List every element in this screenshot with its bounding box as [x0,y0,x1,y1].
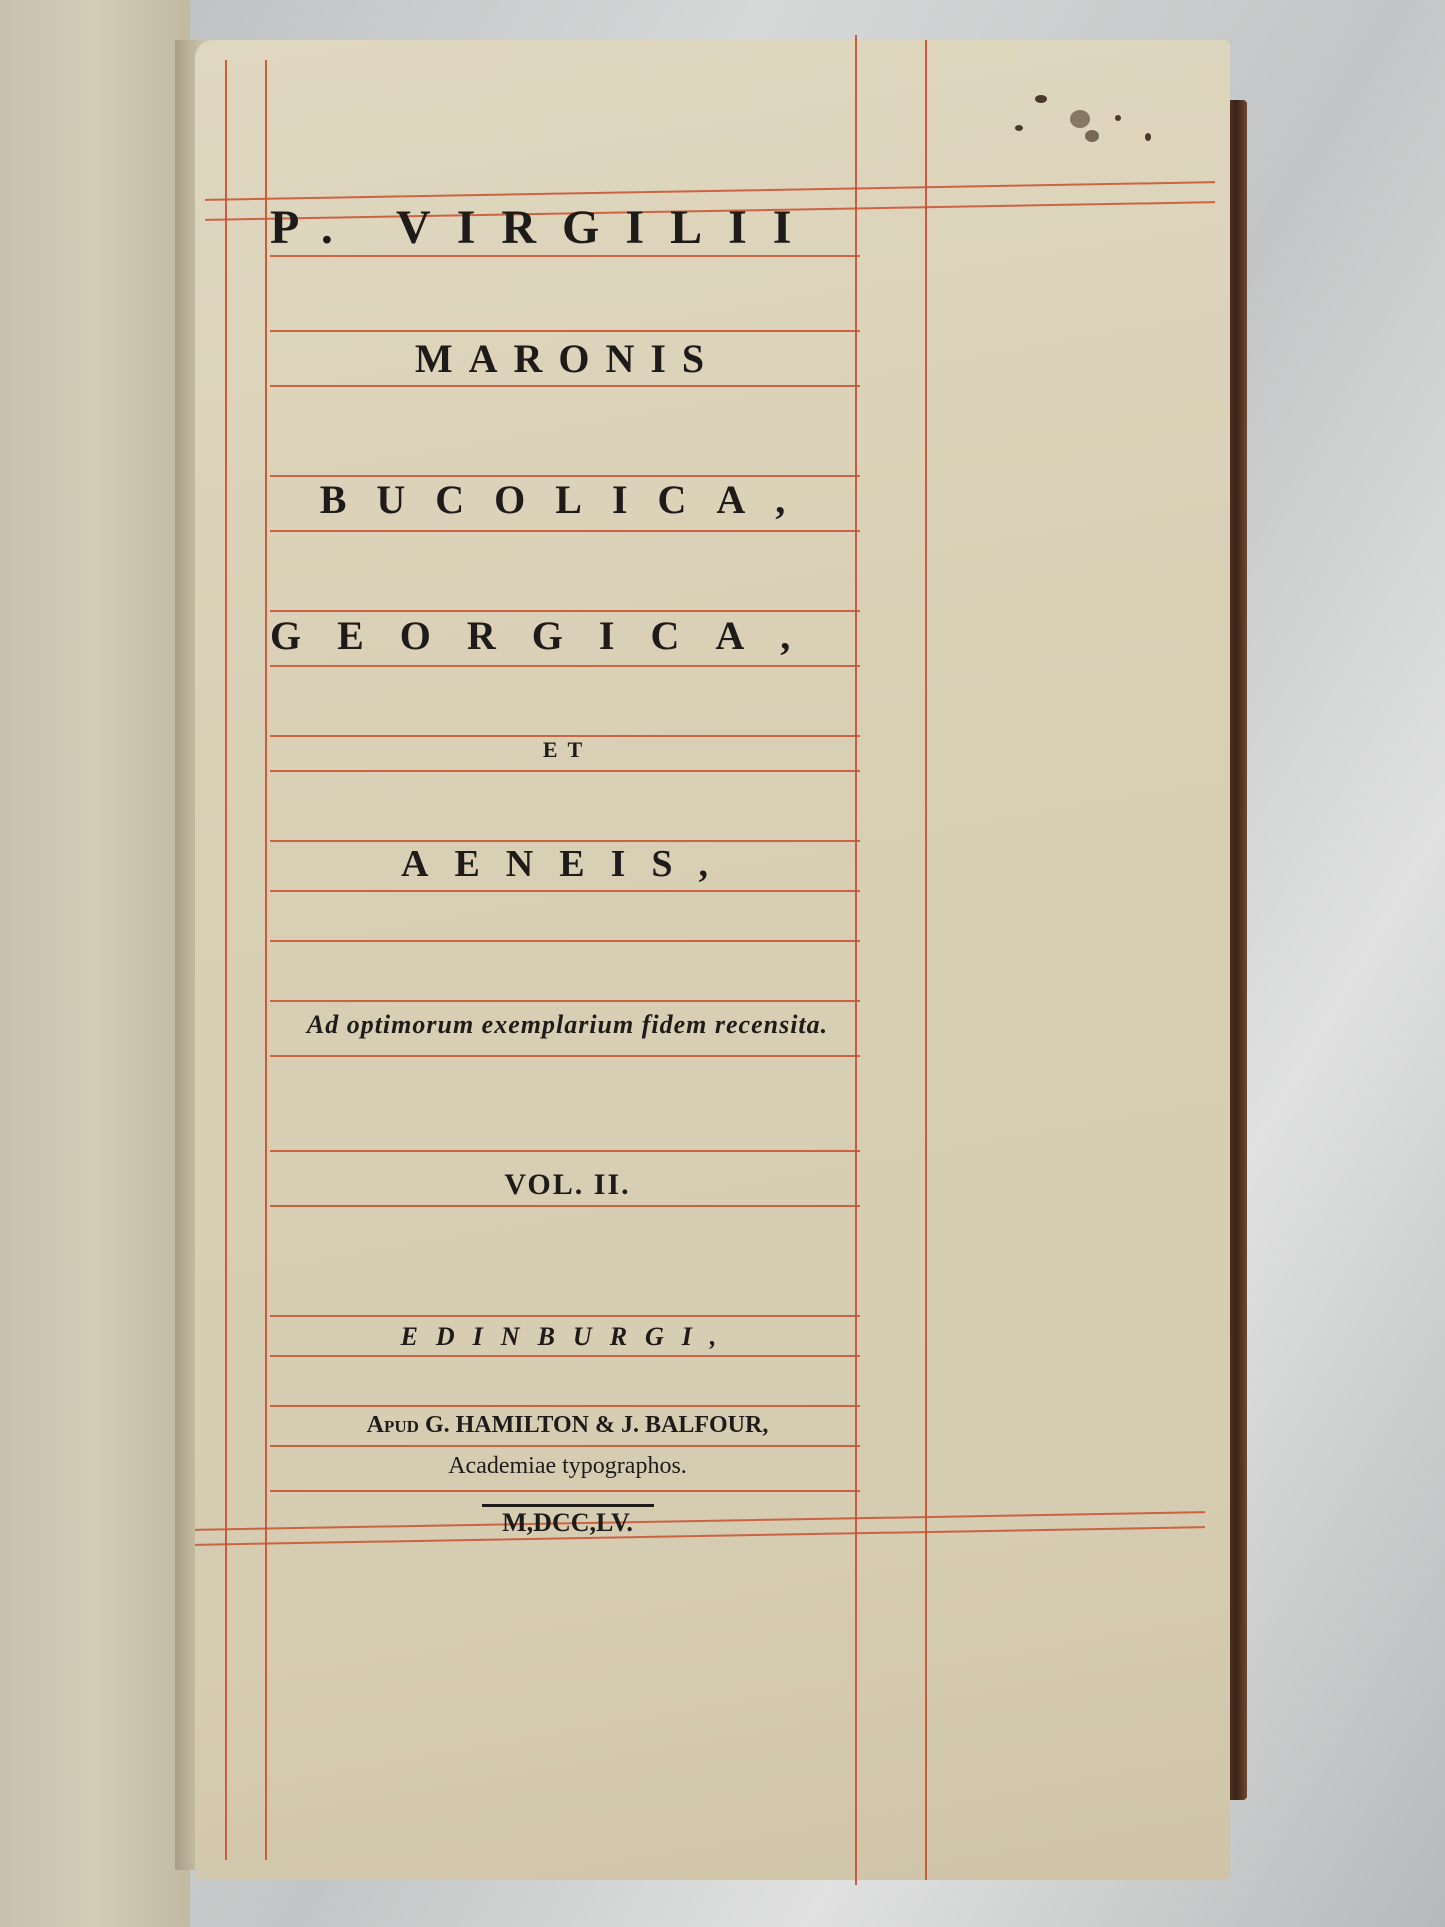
imprint-publisher-role: Academiae typographos. [270,1453,865,1480]
horizontal-rule [270,330,860,332]
horizontal-rule [270,385,860,387]
horizontal-rule [270,530,860,532]
volume-label: VOL. II. [270,1168,865,1202]
horizontal-rule [270,1405,860,1407]
horizontal-rule [270,1490,860,1492]
left-page [0,0,190,1927]
title-line-et: ET [270,737,865,763]
horizontal-rule [270,770,860,772]
title-line-author: P. VIRGILII [270,200,865,255]
vertical-rule [265,60,267,1860]
vertical-rule [225,60,227,1860]
horizontal-rule [270,1445,860,1447]
horizontal-rule [270,1150,860,1152]
horizontal-rule [270,1000,860,1002]
title-line-bucolica: BUCOLICA, [270,476,865,523]
imprint-year: M,DCC,LV. [270,1508,865,1538]
horizontal-rule [270,255,860,257]
title-line-aeneis: AENEIS, [270,842,865,886]
horizontal-rule [270,1055,860,1057]
horizontal-rule [270,665,860,667]
imprint-divider [482,1504,654,1507]
horizontal-rule [270,890,860,892]
title-line-maronis: MARONIS [270,335,865,382]
subtitle: Ad optimorum exemplarium fidem recensita… [270,1010,865,1040]
imprint-place: EDINBURGI, [270,1322,865,1352]
title-page [195,40,1230,1880]
ink-stain [995,85,1175,155]
horizontal-rule [270,1355,860,1357]
horizontal-rule [270,1315,860,1317]
vertical-rule [855,35,857,1885]
title-line-georgica: GEORGICA, [270,612,865,659]
imprint-publisher: Apud G. HAMILTON & J. BALFOUR, [270,1412,865,1439]
horizontal-rule [270,940,860,942]
vertical-rule [925,40,927,1880]
horizontal-rule [270,1205,860,1207]
